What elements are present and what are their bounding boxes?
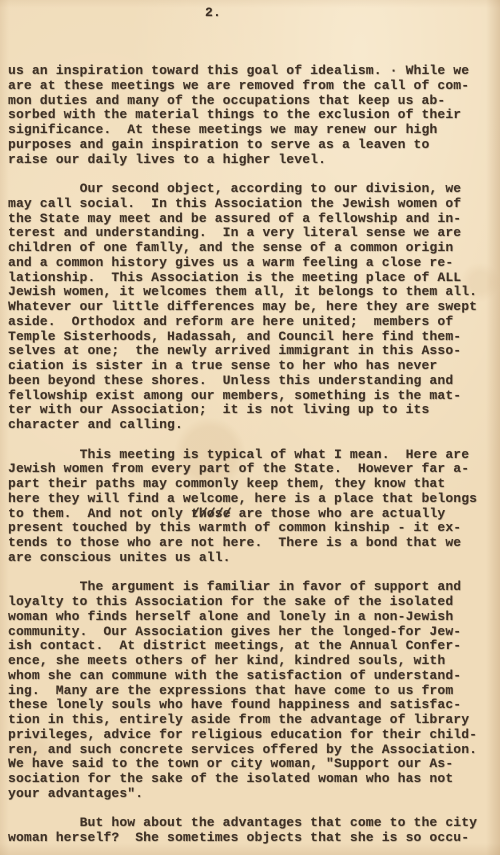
document-page: 2. us an inspiration toward this goal of… [0,0,500,855]
text-segment: The argument is familiar in favor of sup… [8,579,477,801]
text-segment: us an inspiration toward this goal of id… [8,63,469,167]
paragraph: Our second object, according to our divi… [8,182,496,433]
text-segment: Our second object, according to our divi… [8,181,477,432]
paragraph: us an inspiration toward this goal of id… [8,64,496,167]
paragraph: This meeting is typical of what I mean. … [8,448,496,566]
paragraph: The argument is familiar in favor of sup… [8,580,496,801]
paragraph: But how about the advantages that come t… [8,816,496,846]
text-segment: But how about the advantages that come t… [8,815,477,845]
page-number: 2. [205,5,221,20]
struck-word: those [191,507,231,522]
document-body: us an inspiration toward this goal of id… [8,64,496,846]
